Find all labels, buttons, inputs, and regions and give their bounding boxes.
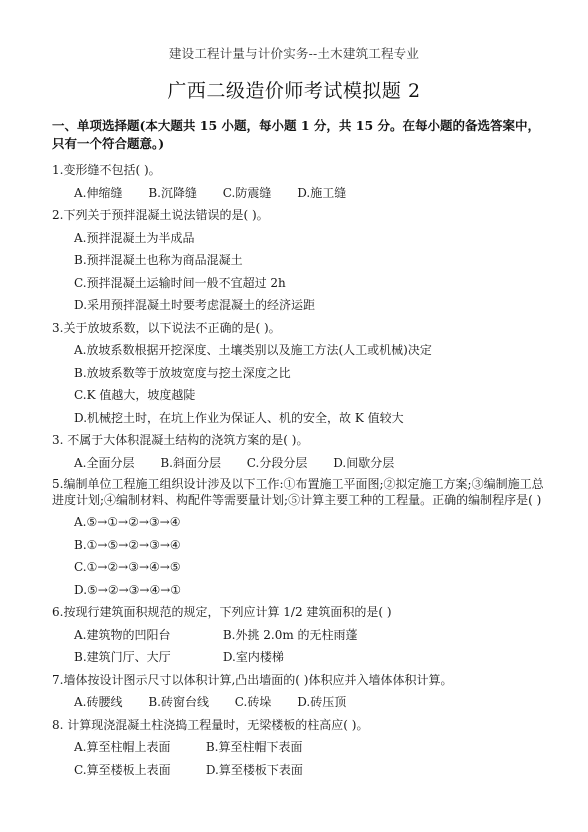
document-title: 广西二级造价师考试模拟题 2 <box>0 76 588 103</box>
question-5: 5.编制单位工程施工组织设计涉及以下工作:①布置施工平面图;②拟定施工方案;③编… <box>52 474 552 601</box>
question-stem: 3. 不属于大体积混凝土结构的浇筑方案的是( )。 <box>52 429 552 452</box>
option-d: D.采用预拌混凝土时要考虑混凝土的经济运距 <box>52 294 552 317</box>
option-row: A.砖腰线 B.砖窗台线 C.砖垛 D.砖压顶 <box>52 691 552 714</box>
question-3: 3.关于放坡系数，以下说法不正确的是( )。 A.放坡系数根据开挖深度、土壤类别… <box>52 317 552 430</box>
question-stem: 7.墙体按设计图示尺寸以体积计算,凸出墙面的( )体积应并入墙体体积计算。 <box>52 669 552 692</box>
option-d: D.间歇分层 <box>333 452 394 475</box>
option-d: D.施工缝 <box>297 182 346 205</box>
option-d: D.室内楼梯 <box>223 646 284 669</box>
option-d: D.⑤→②→③→④→① <box>52 579 552 602</box>
option-row: B.建筑门厅、大厅 D.室内楼梯 <box>52 646 552 669</box>
question-4: 3. 不属于大体积混凝土结构的浇筑方案的是( )。 A.全面分层 B.斜面分层 … <box>52 429 552 474</box>
question-7: 7.墙体按设计图示尺寸以体积计算,凸出墙面的( )体积应并入墙体体积计算。 A.… <box>52 669 552 714</box>
option-c: C.防震缝 <box>223 182 272 205</box>
option-d: D.砖压顶 <box>297 691 346 714</box>
option-a: A.⑤→①→②→③→④ <box>52 511 552 534</box>
question-stem: 8. 计算现浇混凝土柱浇捣工程量时，无梁楼板的柱高应( )。 <box>52 714 552 737</box>
question-stem: 3.关于放坡系数，以下说法不正确的是( )。 <box>52 317 552 340</box>
option-a: A.砖腰线 <box>74 691 122 714</box>
option-a: A.建筑物的凹阳台 <box>74 624 219 647</box>
option-c: C.K 值越大，坡度越陡 <box>52 384 552 407</box>
question-1: 1.变形缝不包括( )。 A.伸缩缝 B.沉降缝 C.防震缝 D.施工缝 <box>52 159 552 204</box>
option-c: C.预拌混凝土运输时间一般不宜超过 2h <box>52 272 552 295</box>
option-b: B.预拌混凝土也称为商品混凝土 <box>52 249 552 272</box>
option-b: B.算至柱帽下表面 <box>206 736 303 759</box>
option-b: B.放坡系数等于放坡宽度与挖土深度之比 <box>52 362 552 385</box>
option-b: B.①→⑤→②→③→④ <box>52 534 552 557</box>
question-6: 6.按现行建筑面积规范的规定，下列应计算 1/2 建筑面积的是( ) A.建筑物… <box>52 601 552 669</box>
option-b: B.外挑 2.0m 的无柱雨蓬 <box>223 624 358 647</box>
section-heading: 一、单项选择题(本大题共 15 小题，每小题 1 分，共 15 分。在每小题的备… <box>52 117 542 153</box>
option-b: B.斜面分层 <box>160 452 221 475</box>
question-stem: 1.变形缝不包括( )。 <box>52 159 552 182</box>
question-stem: 2.下列关于预拌混凝土说法错误的是( )。 <box>52 204 552 227</box>
question-list: 1.变形缝不包括( )。 A.伸缩缝 B.沉降缝 C.防震缝 D.施工缝 2.下… <box>52 159 552 781</box>
option-c: B.建筑门厅、大厅 <box>74 646 219 669</box>
question-2: 2.下列关于预拌混凝土说法错误的是( )。 A.预拌混凝土为半成品 B.预拌混凝… <box>52 204 552 317</box>
option-row: A.伸缩缝 B.沉降缝 C.防震缝 D.施工缝 <box>52 182 552 205</box>
document-page: 建设工程计量与计价实务--土木建筑工程专业 广西二级造价师考试模拟题 2 一、单… <box>0 0 588 832</box>
option-row: A.全面分层 B.斜面分层 C.分段分层 D.间歇分层 <box>52 452 552 475</box>
option-d: D.算至楼板下表面 <box>206 759 303 782</box>
option-d: D.机械挖土时，在坑上作业为保证人、机的安全，故 K 值较大 <box>52 407 552 430</box>
option-a: A.算至柱帽上表面 <box>74 736 202 759</box>
option-c: C.分段分层 <box>247 452 308 475</box>
option-c: C.砖垛 <box>235 691 272 714</box>
option-c: C.算至楼板上表面 <box>74 759 202 782</box>
option-b: B.砖窗台线 <box>148 691 209 714</box>
option-a: A.预拌混凝土为半成品 <box>52 227 552 250</box>
document-subtitle: 建设工程计量与计价实务--土木建筑工程专业 <box>0 44 588 62</box>
option-row: A.建筑物的凹阳台 B.外挑 2.0m 的无柱雨蓬 <box>52 624 552 647</box>
question-stem: 5.编制单位工程施工组织设计涉及以下工作:①布置施工平面图;②拟定施工方案;③编… <box>52 474 552 511</box>
question-8: 8. 计算现浇混凝土柱浇捣工程量时，无梁楼板的柱高应( )。 A.算至柱帽上表面… <box>52 714 552 782</box>
option-row: A.算至柱帽上表面 B.算至柱帽下表面 <box>52 736 552 759</box>
option-b: B.沉降缝 <box>148 182 197 205</box>
question-stem: 6.按现行建筑面积规范的规定，下列应计算 1/2 建筑面积的是( ) <box>52 601 552 624</box>
option-row: C.算至楼板上表面 D.算至楼板下表面 <box>52 759 552 782</box>
option-a: A.放坡系数根据开挖深度、土壤类别以及施工方法(人工或机械)决定 <box>52 339 552 362</box>
option-a: A.伸缩缝 <box>74 182 122 205</box>
option-c: C.①→②→③→④→⑤ <box>52 556 552 579</box>
option-a: A.全面分层 <box>74 452 134 475</box>
